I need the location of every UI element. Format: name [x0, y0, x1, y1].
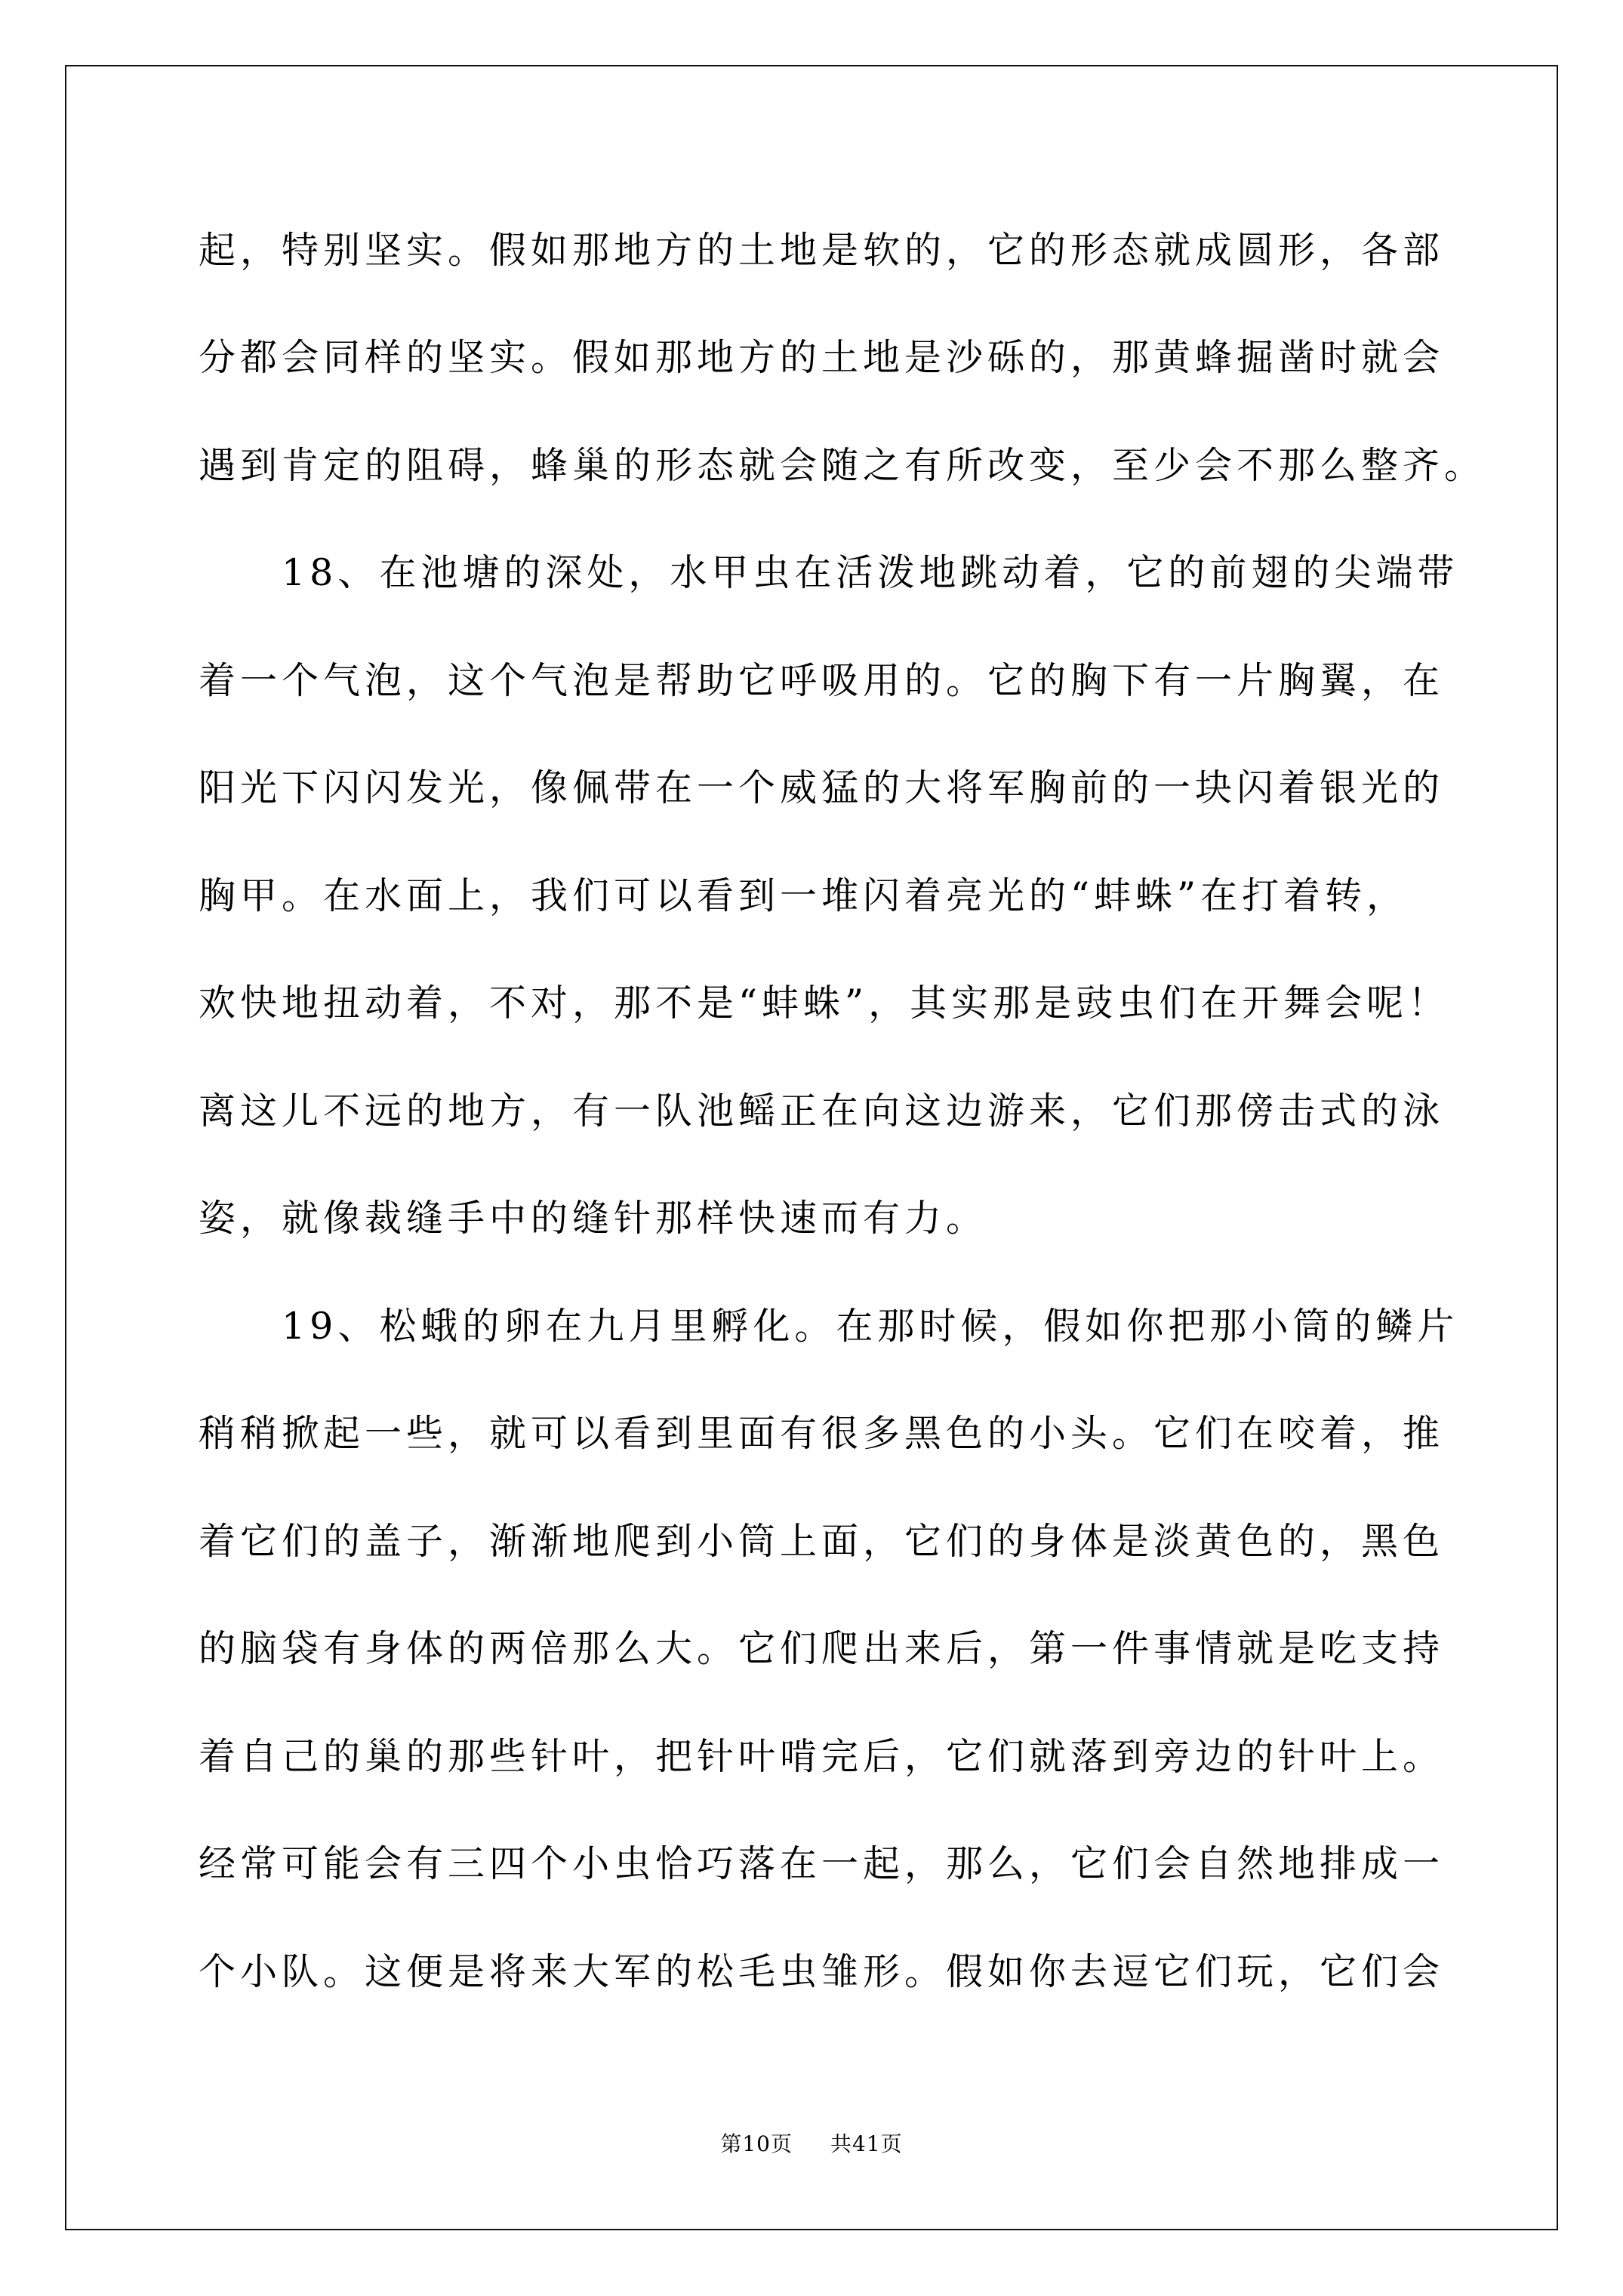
- current-page-label: 第10页: [720, 2131, 793, 2156]
- page-frame: [65, 65, 1558, 2230]
- text-line: 经常可能会有三四个小虫恰巧落在一起，那么，它们会自然地排成一: [199, 1841, 1444, 1887]
- text-line: 的脑袋有身体的两倍那么大。它们爬出来后，第一件事情就是吃支持: [199, 1626, 1444, 1672]
- text-line: 离这儿不远的地方，有一队池鳐正在向这边游来，它们那傍击式的泳: [199, 1089, 1444, 1134]
- text-line: 着一个气泡，这个气泡是帮助它呼吸用的。它的胸下有一片胸翼，在: [199, 658, 1444, 704]
- text-line: 遇到肯定的阻碍，蜂巢的形态就会随之有所改变，至少会不那么整齐。: [199, 443, 1486, 488]
- text-line: 姿，就像裁缝手中的缝针那样快速而有力。: [199, 1196, 987, 1241]
- text-line: 稍稍掀起一些，就可以看到里面有很多黑色的小头。它们在咬着，推: [199, 1411, 1444, 1456]
- text-line: 胸甲。在水面上，我们可以看到一堆闪着亮光的“蚌蛛”在打着转，: [199, 874, 1408, 919]
- page-footer: 第10页共41页: [0, 2131, 1623, 2158]
- paragraph-18-first-line: 18、在池塘的深处，水甲虫在活泼地跳动着，它的前翅的尖端带: [282, 550, 1458, 596]
- text-line: 阳光下闪闪发光，像佩带在一个威猛的大将军胸前的一块闪着银光的: [199, 766, 1444, 811]
- total-pages-label: 共41页: [830, 2131, 903, 2156]
- text-line: 个小队。这便是将来大军的松毛虫雏形。假如你去逗它们玩，它们会: [199, 1949, 1444, 1995]
- text-line: 分都会同样的坚实。假如那地方的土地是沙砾的，那黄蜂掘凿时就会: [199, 335, 1444, 381]
- paragraph-19-first-line: 19、松蛾的卵在九月里孵化。在那时候，假如你把那小筒的鳞片: [282, 1304, 1458, 1349]
- text-line: 欢快地扭动着，不对，那不是“蚌蛛”，其实那是豉虫们在开舞会呢！: [199, 981, 1449, 1026]
- text-line: 着它们的盖子，渐渐地爬到小筒上面，它们的身体是淡黄色的，黑色: [199, 1519, 1444, 1564]
- text-line: 起，特别坚实。假如那地方的土地是软的，它的形态就成圆形，各部: [199, 228, 1444, 273]
- text-line: 着自己的巢的那些针叶，把针叶啃完后，它们就落到旁边的针叶上。: [199, 1734, 1444, 1780]
